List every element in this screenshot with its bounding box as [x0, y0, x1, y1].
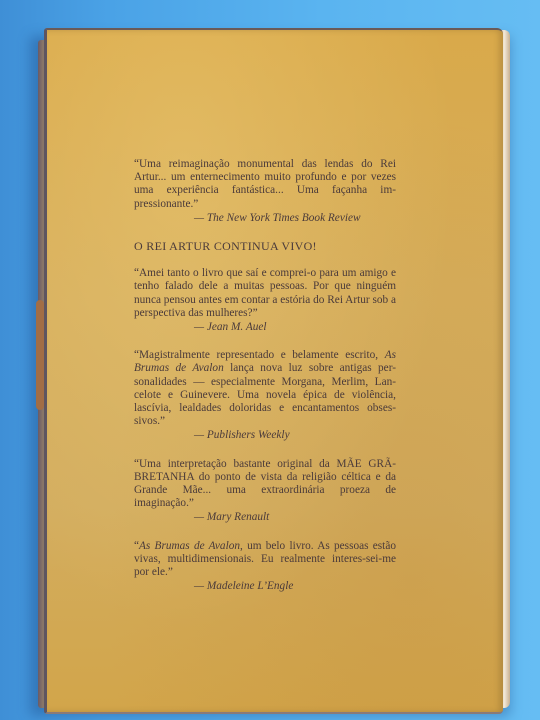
blurb-publishers-weekly: “Magistralmente representado e belamente…	[134, 349, 396, 442]
book-title-italic: As Brumas de Avalon	[139, 540, 240, 552]
blurb-quote: “Uma reimaginação monumental das lendas …	[134, 158, 396, 211]
blurb-attribution: — Madeleine L’Engle	[134, 580, 396, 593]
blurb-attribution: — Mary Renault	[134, 511, 396, 524]
quote-text: “Magistralmente representado e belamente…	[134, 349, 385, 361]
blurb-text-block: “Uma reimaginação monumental das lendas …	[134, 158, 396, 608]
blurb-attribution: — Publishers Weekly	[134, 429, 396, 442]
worn-spine-patch	[36, 300, 44, 410]
blurb-quote: “As Brumas de Avalon, um belo livro. As …	[134, 540, 396, 580]
cover-heading: O REI ARTUR CONTINUA VIVO!	[134, 240, 396, 253]
blurb-quote: “Amei tanto o livro que saí e comprei-o …	[134, 267, 396, 320]
blurb-renault: “Uma interpretação bastante original da …	[134, 458, 396, 525]
blurb-lengle: “As Brumas de Avalon, um belo livro. As …	[134, 540, 396, 594]
blurb-nyt: “Uma reimaginação monumental das lendas …	[134, 158, 396, 225]
blurb-auel: “Amei tanto o livro que saí e comprei-o …	[134, 267, 396, 334]
blurb-quote: “Magistralmente representado e belamente…	[134, 349, 396, 428]
blurb-attribution: — Jean M. Auel	[134, 321, 396, 334]
blurb-attribution: — The New York Times Book Review	[134, 212, 396, 225]
blurb-quote: “Uma interpretação bastante original da …	[134, 458, 396, 511]
